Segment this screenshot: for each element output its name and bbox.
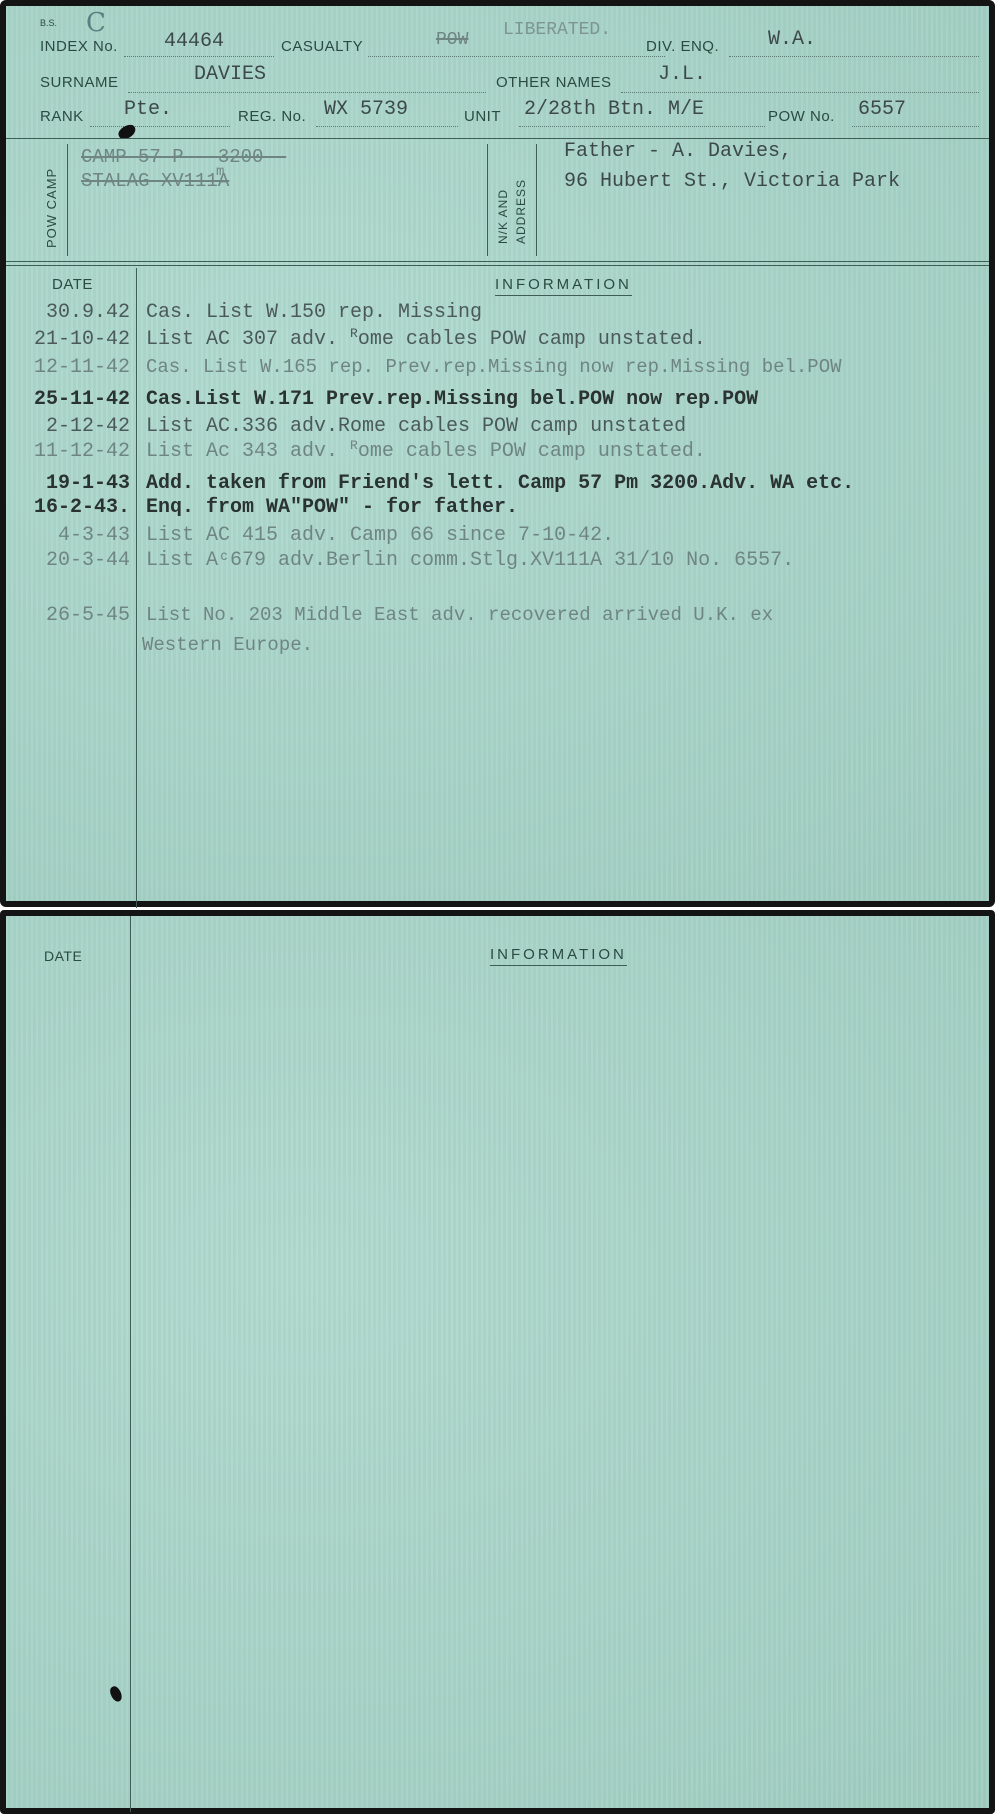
- div-enq-label: DIV. ENQ.: [646, 38, 719, 55]
- row-information: Cas.List W.171 Prev.rep.Missing bel.POW …: [146, 388, 758, 411]
- back-date-column-divider: [130, 916, 131, 1812]
- reg-no-dots: [316, 126, 458, 127]
- row-information: Enq. from WA"POW" - for father.: [146, 496, 518, 519]
- index-no-dots: [124, 56, 274, 57]
- row-date: 21-10-42: [6, 328, 130, 351]
- pow-camp-label: POW CAMP: [44, 168, 59, 248]
- unit-label: UNIT: [464, 108, 501, 125]
- pow-no-value: 6557: [858, 98, 906, 121]
- other-names-dots: [621, 92, 979, 93]
- row-information: List Aᶜ679 adv.Berlin comm.Stlg.XV111A 3…: [146, 549, 794, 572]
- row-information: List AC 307 adv. Rome cables POW camp un…: [146, 328, 706, 351]
- nk-label-line1: N/K AND: [496, 189, 510, 244]
- information-header: INFORMATION: [495, 276, 632, 296]
- rank-label: RANK: [40, 108, 84, 125]
- row-information: Western Europe.: [142, 634, 313, 656]
- row-date: 20-3-44: [6, 549, 130, 572]
- row-information: List AC.336 adv.Rome cables POW camp uns…: [146, 415, 686, 438]
- surname-label: SURNAME: [40, 74, 119, 91]
- casualty-struck-value: POW: [436, 30, 468, 50]
- row-information: Cas. List W.150 rep. Missing: [146, 301, 482, 324]
- punch-hole-back: [108, 1685, 125, 1704]
- record-card-back: DATE INFORMATION: [0, 910, 995, 1814]
- pow-camp-entry-2: STALAG XV111A: [81, 170, 229, 192]
- unit-value: 2/28th Btn. M/E: [524, 98, 704, 121]
- casualty-label: CASUALTY: [281, 38, 363, 55]
- surname-dots: [128, 92, 486, 93]
- nk-left-divider: [487, 144, 488, 256]
- index-no-label: INDEX No.: [40, 38, 118, 55]
- nk-label-line2: ADDRESS: [514, 179, 528, 244]
- form-code: B.S.: [40, 18, 57, 28]
- pow-no-dots: [852, 126, 979, 127]
- nk-line-2: 96 Hubert St., Victoria Park: [564, 170, 900, 193]
- reg-no-value: WX 5739: [324, 98, 408, 121]
- row-date: 19-1-43: [6, 472, 130, 495]
- nk-line-1: Father - A. Davies,: [564, 140, 792, 163]
- rank-dots: [90, 126, 230, 127]
- row-date: 26-5-45: [6, 604, 130, 627]
- row-date: 4-3-43: [6, 524, 130, 547]
- date-column-divider: [136, 268, 137, 908]
- row-information: List No. 203 Middle East adv. recovered …: [146, 604, 773, 626]
- nk-right-divider: [536, 144, 537, 256]
- div-enq-dots: [729, 56, 979, 57]
- handwritten-mark: C: [86, 8, 106, 38]
- unit-dots: [519, 126, 765, 127]
- pow-camp-divider: [67, 144, 68, 256]
- div-enq-value: W.A.: [768, 28, 816, 51]
- row-date: 2-12-42: [6, 415, 130, 438]
- pow-no-label: POW No.: [768, 108, 835, 125]
- row-information: List AC 415 adv. Camp 66 since 7-10-42.: [146, 524, 614, 547]
- record-card-front: B.S. C INDEX No. 44464 CASUALTY POW LIBE…: [0, 0, 995, 907]
- other-names-value: J.L.: [658, 63, 706, 86]
- date-header: DATE: [52, 276, 93, 293]
- surname-value: DAVIES: [194, 63, 266, 86]
- section-divider: [6, 138, 989, 139]
- row-date: 30.9.42: [6, 301, 130, 324]
- index-no-value: 44464: [164, 30, 224, 53]
- row-information: List Ac 343 adv. Rome cables POW camp un…: [146, 440, 706, 463]
- table-top-rule-2: [6, 265, 989, 266]
- table-top-rule-1: [6, 261, 989, 262]
- back-information-header: INFORMATION: [490, 946, 627, 966]
- superscript-correction: R: [350, 438, 358, 453]
- other-names-label: OTHER NAMES: [496, 74, 612, 91]
- row-information: Cas. List W.165 rep. Prev.rep.Missing no…: [146, 356, 842, 378]
- reg-no-label: REG. No.: [238, 108, 306, 125]
- casualty-dots: [368, 56, 665, 57]
- row-information: Add. taken from Friend's lett. Camp 57 P…: [146, 472, 854, 495]
- row-date: 12-11-42: [6, 356, 130, 379]
- row-date: 16-2-43.: [6, 496, 130, 519]
- row-date: 11-12-42: [6, 440, 130, 463]
- back-date-header: DATE: [44, 948, 82, 964]
- pow-camp-entry-1: CAMP 57 P - 3200 -: [81, 146, 286, 168]
- casualty-value: LIBERATED.: [503, 20, 611, 40]
- rank-value: Pte.: [124, 98, 172, 121]
- superscript-correction: R: [350, 326, 358, 341]
- row-date: 25-11-42: [6, 388, 130, 411]
